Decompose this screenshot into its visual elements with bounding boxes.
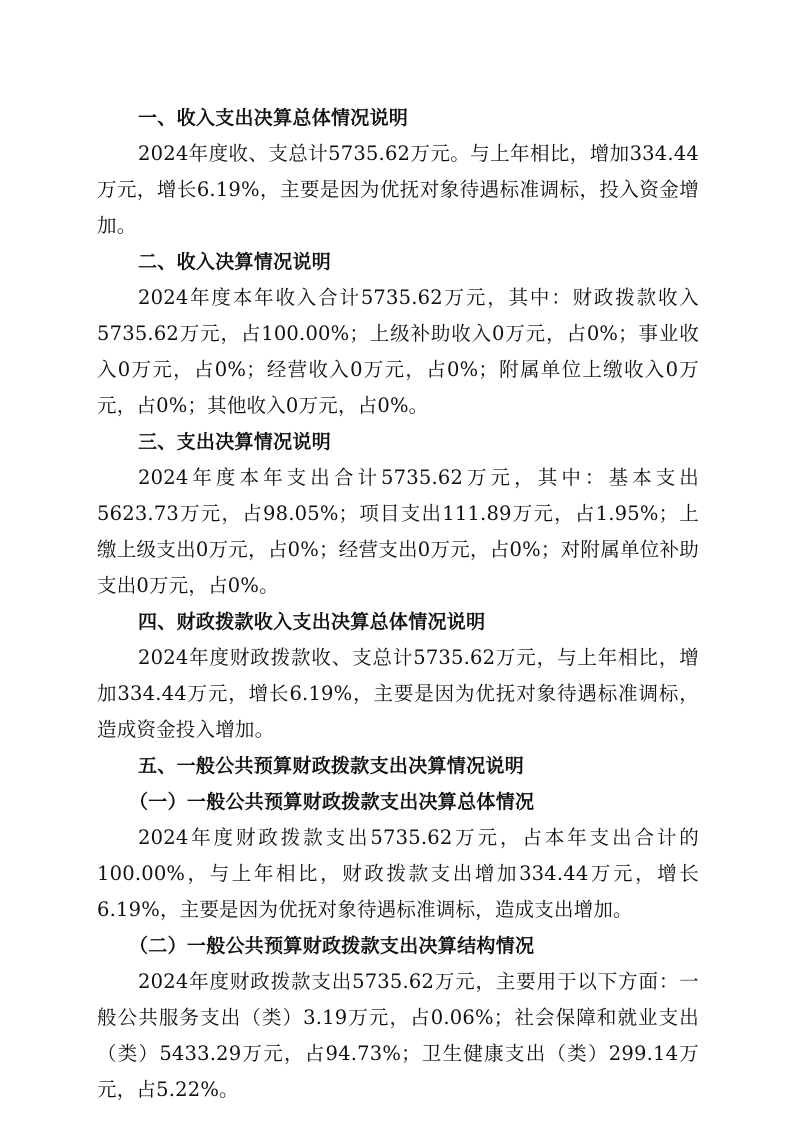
section-heading-3: 三、支出决算情况说明 xyxy=(97,424,699,460)
document-page: 一、收入支出决算总体情况说明 2024年度收、支总计5735.62万元。与上年相… xyxy=(97,100,699,1108)
subsection-heading-5-1: （一）一般公共预算财政拨款支出决算总体情况 xyxy=(97,784,699,820)
subsection-heading-5-2: （二）一般公共预算财政拨款支出决算结构情况 xyxy=(97,928,699,964)
section-paragraph-2: 2024年度本年收入合计5735.62万元，其中：财政拨款收入5735.62万元… xyxy=(97,280,699,424)
subsection-paragraph-5-1: 2024年度财政拨款支出5735.62万元，占本年支出合计的100.00%，与上… xyxy=(97,820,699,928)
section-paragraph-1: 2024年度收、支总计5735.62万元。与上年相比，增加334.44万元，增长… xyxy=(97,136,699,244)
section-heading-2: 二、收入决算情况说明 xyxy=(97,244,699,280)
section-heading-5: 五、一般公共预算财政拨款支出决算情况说明 xyxy=(97,748,699,784)
section-paragraph-4: 2024年度财政拨款收、支总计5735.62万元，与上年相比，增加334.44万… xyxy=(97,640,699,748)
section-heading-4: 四、财政拨款收入支出决算总体情况说明 xyxy=(97,604,699,640)
section-heading-1: 一、收入支出决算总体情况说明 xyxy=(97,100,699,136)
subsection-paragraph-5-2: 2024年度财政拨款支出5735.62万元，主要用于以下方面：一般公共服务支出（… xyxy=(97,964,699,1108)
section-paragraph-3: 2024年度本年支出合计5735.62万元，其中：基本支出5623.73万元，占… xyxy=(97,460,699,604)
